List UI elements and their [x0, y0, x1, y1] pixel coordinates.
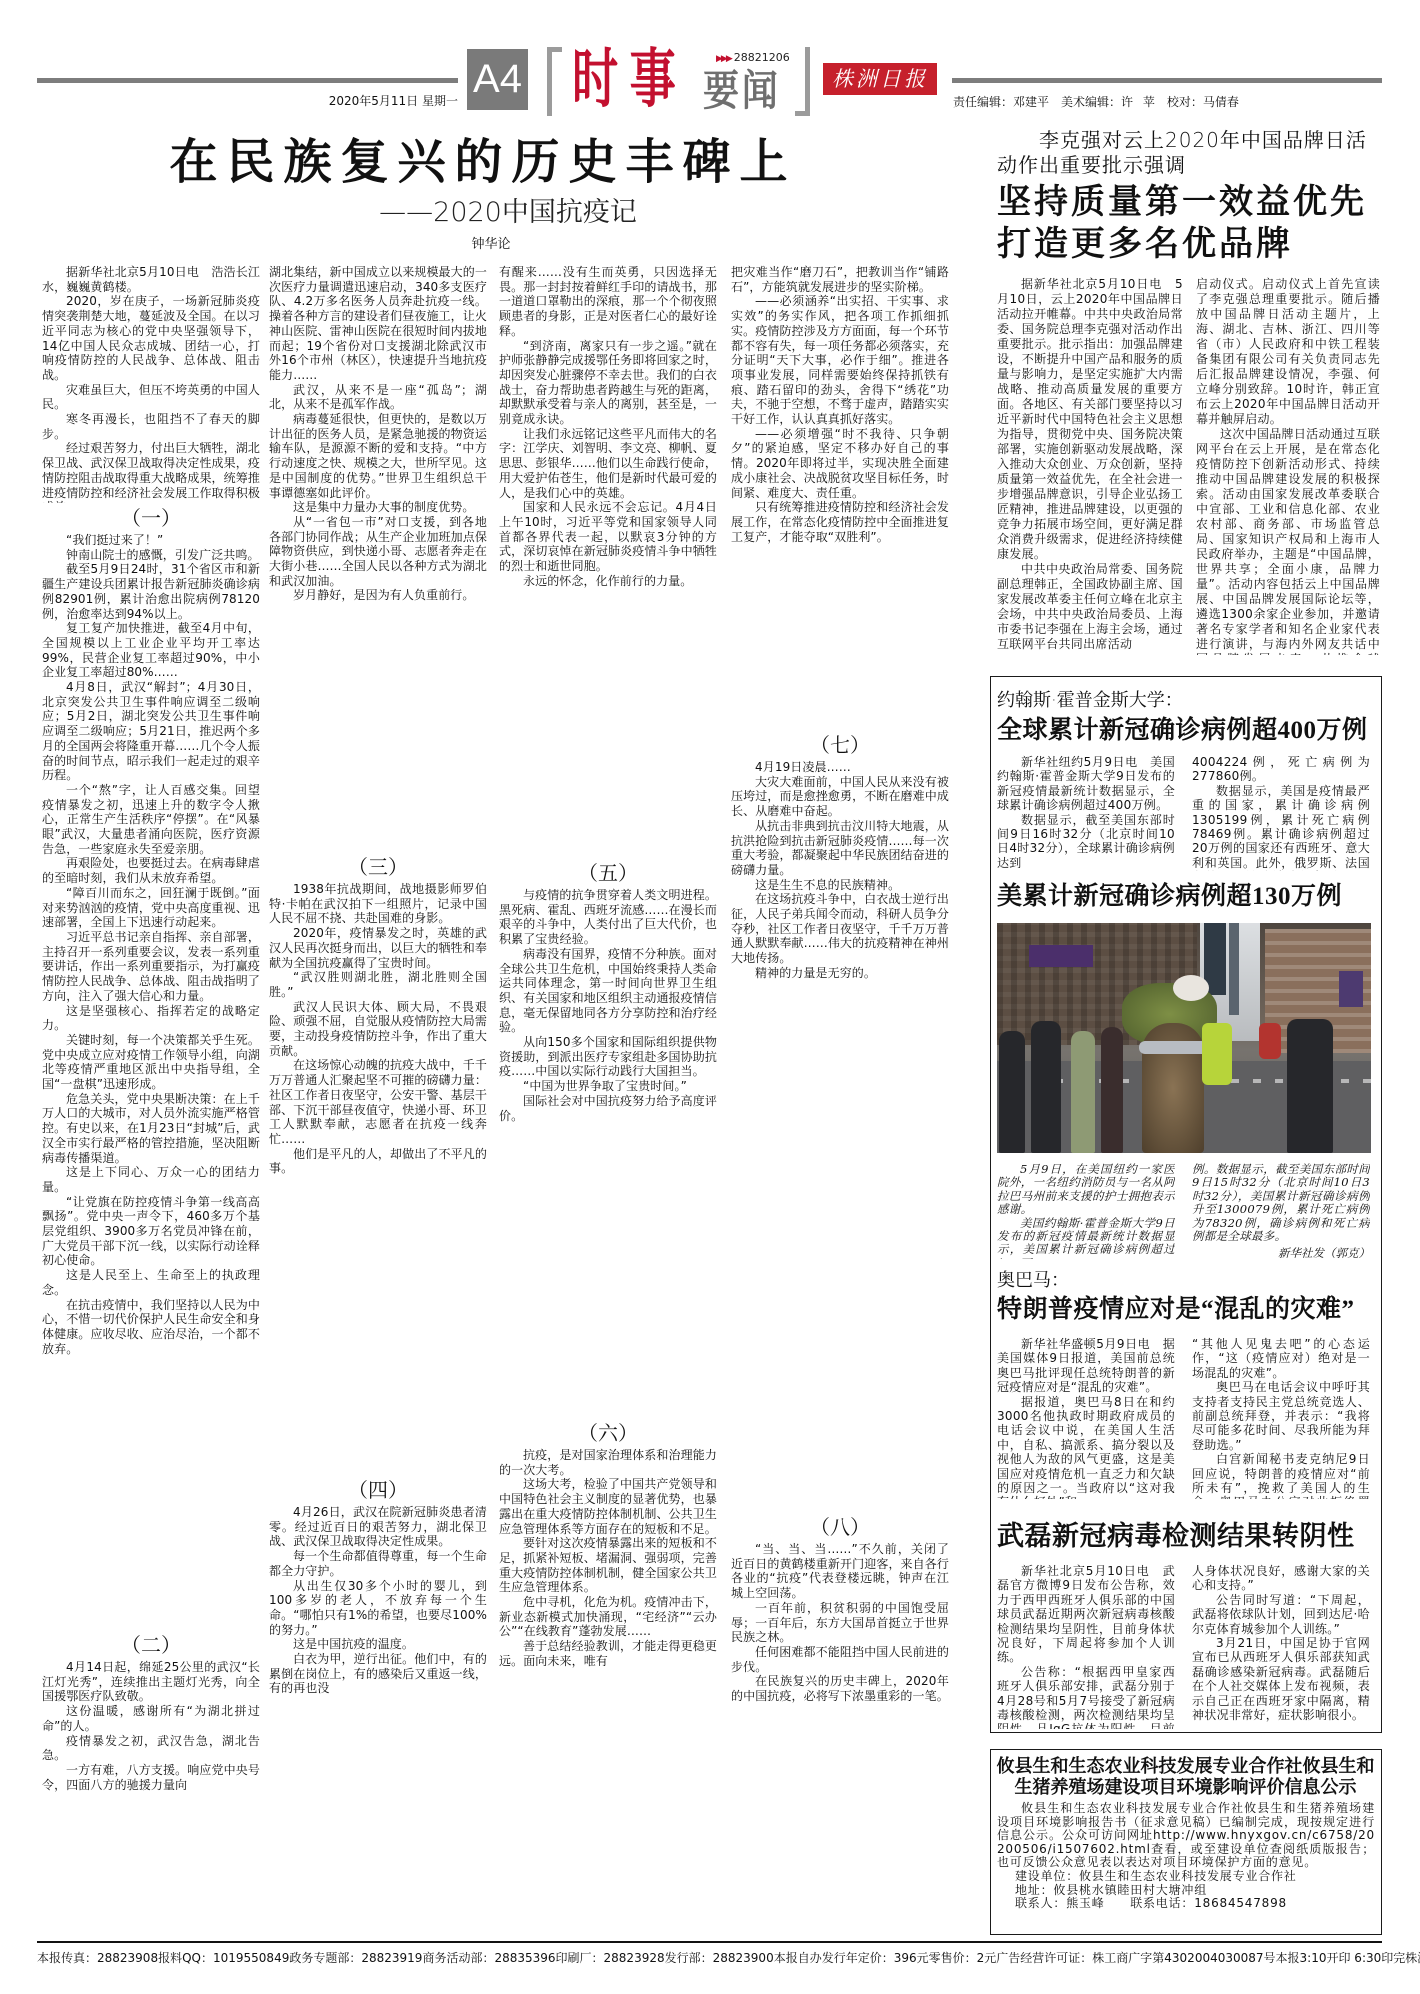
paragraph: 习近平总书记亲自指挥、亲自部署，主持召开一系列重要会议，发表一系列重要讲话，作出…	[42, 930, 260, 1004]
hotline-number: 28821206	[734, 51, 790, 64]
paragraph: 一个“熬”字，让人百感交集。回望疫情暴发之初，迅速上升的数字令人揪心，正常生产生…	[42, 783, 260, 857]
paragraph: 湖北集结，新中国成立以来规模最大的一次医疗力量调遣迅速启动，340多支医疗队、4…	[269, 265, 487, 383]
paragraph: 病毒蔓延很快，但更快的，是数以万计出征的医务人员，是紧急驰援的物资运输车队，是源…	[269, 412, 487, 500]
paragraph: 这是中国抗疫的温度。	[269, 1637, 487, 1652]
paragraph: 这是坚强核心、指挥若定的战略定力。	[42, 1004, 260, 1033]
wu-lei-headline: 武磊新冠病毒检测结果转阴性	[997, 1520, 1355, 1552]
notice-contact: 联系人：熊玉峰 联系电话：18684547898	[997, 1897, 1375, 1911]
column-text: 有醒来……没有生而英勇，只因选择无畏。那一封封按着鲜红手印的请战书，那一道道口罩…	[499, 265, 717, 858]
triple-arrow-icon: ▶▶▶	[716, 54, 731, 64]
footer-item: 株洲日报印刷厂印	[1405, 1950, 1420, 1966]
paragraph: 任何困难都不能阻挡中国人民前进的步伐。	[731, 1645, 949, 1674]
paragraph: 据报道，奥巴马8日在和约3000名他执政时期政府成员的电话会议中说，在美国人生活…	[997, 1395, 1175, 1499]
paragraph: 4004224例，死亡病例为277860例。	[1192, 755, 1370, 784]
footer-item: 本报传真：28823908	[37, 1950, 158, 1966]
bracket-right-decoration	[795, 47, 810, 116]
paragraph: 中共中央政治局常委、国务院副总理韩正，全国政协副主席、国家发展改革委主任何立峰在…	[997, 562, 1183, 652]
brand-article-column-a: 据新华社北京5月10日电 5月10日，云上2020年中国品牌日活动拉开帷幕。中共…	[997, 277, 1183, 655]
footer-item: 广告经营许可证：株工商广字第4302004030087号	[996, 1950, 1275, 1966]
section-marker: （三）	[269, 852, 487, 882]
paragraph: 公告同时写道：“下周起，武磊将依球队计划，回到达尼·哈尔克体育城参加个人训练。”	[1192, 1593, 1370, 1636]
column-text: 抗疫，是对国家治理体系和治理能力的一次大考。这场大考，检验了中国共产党领导和中国…	[499, 1448, 717, 1928]
paragraph: 这是生生不息的民族精神。	[731, 878, 949, 893]
photo-caption-column-b: 例。数据显示，截至美国东部时间9日15时32分（北京时间10日3时32分），美国…	[1192, 1163, 1370, 1245]
section-marker: （五）	[499, 858, 717, 888]
paragraph: 白衣为甲，逆行出征。他们中，有的累倒在岗位上，有的感染后又重返一线，有的再也没	[269, 1652, 487, 1696]
photo-person	[1101, 1027, 1123, 1153]
paragraph: 国际社会对中国抗疫努力给予高度评价。	[499, 1094, 717, 1123]
paragraph: 灾难虽巨大，但压不垮英勇的中国人民。	[42, 383, 260, 412]
paragraph: 这场大考，检验了中国共产党领导和中国特色社会主义制度的显著优势，也暴露出在重大疫…	[499, 1477, 717, 1536]
paragraph: 把灾难当作“磨刀石”，把教训当作“铺路石”，方能筑就发展进步的坚实阶梯。	[731, 265, 949, 294]
paragraph: “障百川而东之，回狂澜于既倒。”面对来势汹汹的疫情，党中央高度重视、迅速部署，全…	[42, 886, 260, 930]
paragraph: 4月19日凌晨……	[731, 760, 949, 775]
paragraph: 4月14日起，绵延25公里的武汉“长江灯光秀”，连续推出主题灯光秀，向全国援鄂医…	[42, 1660, 260, 1704]
paragraph: 据新华社北京5月10日电 浩浩长江水，巍巍黄鹤楼。	[42, 265, 260, 294]
footer-info: 本报传真：28823908报料QQ：1019550849政务专题部：288239…	[37, 1950, 1382, 1966]
footer-item: 本报自办发行	[774, 1950, 846, 1966]
column-text: 4月26日，武汉在院新冠肺炎患者清零。经过近百日的艰苦努力，湖北保卫战、武汉保卫…	[269, 1505, 487, 1928]
paragraph: 让我们永远铭记这些平凡而伟大的名字：江学庆、刘智明、李文亮、柳帆、夏思思、彭银华…	[499, 427, 717, 501]
paragraph: 白宫新闻秘书麦克纳尼9日回应说，特朗普的疫情应对“前所未有”，挽救了美国人的生命…	[1192, 1452, 1370, 1499]
obama-kicker: 奥巴马：	[997, 1271, 1069, 1291]
news-hotline: ▶▶▶28821206	[716, 51, 790, 66]
global-cases-headline: 全球累计新冠确诊病例超400万例	[997, 715, 1368, 747]
paragraph: 数据显示，截至美国东部时间9日16时32分（北京时间10日4时32分），全球累计…	[997, 813, 1175, 871]
paragraph: 美国约翰斯·霍普金斯大学9日发布的新冠疫情最新统计数据显示，美国累计新冠确诊病例…	[997, 1217, 1175, 1259]
paragraph: 从抗击非典到抗击汶川特大地震，从抗洪抢险到抗击新冠肺炎疫情……每一次重大考验，都…	[731, 819, 949, 878]
brand-article-kicker: 李克强对云上2020年中国品牌日活 动作出重要批示强调	[997, 128, 1387, 178]
paragraph: 永远的怀念，化作前行的力量。	[499, 574, 717, 589]
footer-item: 发行部：28823900	[665, 1950, 774, 1966]
paragraph: 危中寻机，化危为机。疫情冲击下，新业态新模式加快涌现，“宅经济”“云办公”“在线…	[499, 1595, 717, 1639]
global-cases-column-b: 4004224例，死亡病例为277860例。数据显示，美国是疫情最严重的国家，累…	[1192, 755, 1370, 871]
footer-item: 零售价：2元	[929, 1950, 997, 1966]
headline-line: 打造更多名优品牌	[997, 223, 1367, 265]
paragraph: “其他人见鬼去吧”的心态运作，“这（疫情应对）绝对是一场混乱的灾难”。	[1192, 1337, 1370, 1380]
news-photo-nurse-firefighter-hug	[997, 923, 1371, 1153]
main-subtitle: ——2020中国抗疫记	[40, 196, 976, 230]
paragraph: 国家和人民永远不会忘记。4月4日上午10时，习近平等党和国家领导人同首都各界代表…	[499, 500, 717, 574]
headline-line: 坚持质量第一效益优先	[997, 181, 1367, 223]
photo-cap	[1173, 975, 1209, 1001]
global-cases-column-a: 新华社纽约5月9日电 美国约翰斯·霍普金斯大学9日发布的新冠疫情最新统计数据显示…	[997, 755, 1175, 871]
byline: 钟华论	[40, 237, 942, 253]
paragraph: 与疫情的抗争贯穿着人类文明进程。黑死病、霍乱、西班牙流感……在漫长而艰辛的斗争中…	[499, 888, 717, 947]
paragraph: “到济南，离家只有一步之遥。”就在护师张静静完成援鄂任务即将回家之时，却因突发心…	[499, 339, 717, 427]
paragraph: 新华社北京5月10日电 武磊官方微博9日发布公告称，效力于西甲西班牙人俱乐部的中…	[997, 1564, 1175, 1665]
kicker-line: 李克强对云上2020年中国品牌日活	[997, 128, 1387, 153]
obama-column-b: “其他人见鬼去吧”的心态运作，“这（疫情应对）绝对是一场混乱的灾难”。奥巴马在电…	[1192, 1337, 1370, 1499]
notice-title: 攸县生和生态农业科技发展专业合作社攸县生和 生猪养殖场建设项目环境影响评价信息公…	[991, 1756, 1380, 1798]
obama-headline: 特朗普疫情应对是“混乱的灾难”	[997, 1294, 1355, 1326]
column-text: 据新华社北京5月10日电 浩浩长江水，巍巍黄鹤楼。2020，岁在庚子，一场新冠肺…	[42, 265, 260, 503]
photo-person	[1071, 1031, 1095, 1153]
paragraph: 经过艰苦努力，付出巨大牺牲，湖北保卫战、武汉保卫战取得决定性成果，疫情防控阻击战…	[42, 441, 260, 503]
brand-article-headline: 坚持质量第一效益优先 打造更多名优品牌	[997, 181, 1367, 265]
footer-item: 政务专题部：28823919	[289, 1950, 422, 1966]
paragraph: 钟南山院士的感慨，引发广泛共鸣。	[42, 548, 260, 563]
photo-firefighter-vest	[1202, 1023, 1232, 1085]
column-text: 4月14日起，绵延25公里的武汉“长江灯光秀”，连续推出主题灯光秀，向全国援鄂医…	[42, 1660, 260, 1928]
paragraph: 5月9日，在美国纽约一家医院外，一名纽约消防员与一名从阿拉巴马州前来支援的护士拥…	[997, 1163, 1175, 1217]
paragraph: 抗疫，是对国家治理体系和治理能力的一次大考。	[499, 1448, 717, 1477]
main-headline: 在民族复兴的历史丰碑上	[40, 134, 926, 190]
column-text: 湖北集结，新中国成立以来规模最大的一次医疗力量调遣迅速启动，340多支医疗队、4…	[269, 265, 487, 852]
paragraph: 一方有难，八方支援。响应党中央号令，四面八方的驰援力量向	[42, 1763, 260, 1792]
paragraph: 例。数据显示，截至美国东部时间9日15时32分（北京时间10日3时32分），美国…	[1192, 1163, 1370, 1243]
footer-item: 印刷厂：28823928	[556, 1950, 665, 1966]
paragraph: 武汉人民识大体、顾大局，不畏艰险、顽强不屈，自觉服从疫情防控大局需要，主动投身疫…	[269, 1000, 487, 1059]
section-marker: （二）	[42, 1630, 260, 1660]
footer-item: 本报3:10开印 6:30印完	[1276, 1950, 1406, 1966]
paragraph: 在抗击疫情中，我们坚持以人民为中心，不惜一切代价保护人民生命安全和身体健康。应收…	[42, 1298, 260, 1357]
brand-article-column-b: 启动仪式。启动仪式上首先宣读了李克强总理重要批示。随后播放中国品牌日活动主题片，…	[1196, 277, 1380, 655]
paragraph: 4月8日，武汉“解封”；4月30日，北京突发公共卫生事件响应调至二级响应；5月2…	[42, 680, 260, 783]
paragraph: “当、当、当……”不久前，关闭了近百日的黄鹤楼重新开门迎客，来自各行各业的“抗疫…	[731, 1542, 949, 1601]
global-cases-kicker: 约翰斯·霍普金斯大学：	[997, 691, 1183, 711]
issue-date: 2020年5月11日 星期一	[300, 92, 458, 109]
notice-builder: 建设单位：攸县生和生态农业科技发展专业合作社	[997, 1870, 1375, 1884]
paragraph: “中国为世界争取了宝贵时间。”	[499, 1079, 717, 1094]
paragraph: 2020，岁在庚子，一场新冠肺炎疫情突袭荆楚大地，蔓延波及全国。在以习近平同志为…	[42, 294, 260, 382]
column-text: “当、当、当……”不久前，关闭了近百日的黄鹤楼重新开门迎客，来自各行各业的“抗疫…	[731, 1542, 949, 1928]
us-cases-headline: 美累计新冠确诊病例超130万例	[997, 881, 1342, 913]
page-number-badge: A4	[467, 49, 528, 110]
footer-item: 报料QQ：1019550849	[158, 1950, 289, 1966]
paragraph: 寒冬再漫长，也阻挡不了春天的脚步。	[42, 412, 260, 441]
header-rule-left	[37, 78, 458, 83]
paragraph: 这是人民至上、生命至上的执政理念。	[42, 1268, 260, 1297]
paragraph: 再艰险处，也要挺过去。在病毒肆虐的至暗时刻，我们从未放弃希望。	[42, 856, 260, 885]
paragraph: 复工复产加快推进，截至4月中旬，全国规模以上工业企业平均开工率达99%，民营企业…	[42, 621, 260, 680]
column-text: 4月19日凌晨……大灾大难面前，中国人民从来没有被压垮过，而是愈挫愈勇，不断在磨…	[731, 760, 949, 1512]
article-column-4: 把灾难当作“磨刀石”，把教训当作“铺路石”，方能筑就发展进步的坚实阶梯。——必须…	[731, 265, 949, 1928]
newspaper-logo: 株洲日报	[823, 63, 937, 95]
section-marker: （四）	[269, 1475, 487, 1505]
paragraph: 2020年，疫情暴发之时，英雄的武汉人民再次挺身而出，以巨大的牺牲和奉献为全国抗…	[269, 926, 487, 970]
paragraph: 岁月静好，是因为有人负重前行。	[269, 588, 487, 603]
environmental-notice-ad: 攸县生和生态农业科技发展专业合作社攸县生和 生猪养殖场建设项目环境影响评价信息公…	[990, 1749, 1382, 1935]
paragraph: 武汉，从来不是一座“孤岛”；湖北，从来不是孤军作战。	[269, 383, 487, 412]
header-rule-right	[952, 78, 1382, 83]
section-title-gray: 要闻	[703, 68, 780, 114]
photo-hospital-sign	[1029, 945, 1093, 967]
paragraph: 这是集中力量办大事的制度优势。	[269, 500, 487, 515]
section-marker: （七）	[731, 730, 949, 760]
paragraph: 在这场惊心动魄的抗疫大战中，千千万万普通人汇聚起坚不可摧的磅礴力量：社区工作者日…	[269, 1058, 487, 1146]
footer-item: 年定价：396元	[846, 1950, 929, 1966]
paragraph: 4月26日，武汉在院新冠肺炎患者清零。经过近百日的艰苦努力，湖北保卫战、武汉保卫…	[269, 1505, 487, 1549]
paragraph: 从“一省包一市”对口支援，到各地各部门协同作战；从生产企业加班加点保障物资供应，…	[269, 515, 487, 589]
paragraph: 危急关头，党中央果断决策：在上千万人口的大城市，对人员外流实施严格管控。有史以来…	[42, 1092, 260, 1166]
paragraph: 精神的力量是无穷的。	[731, 966, 949, 981]
paragraph: 有醒来……没有生而英勇，只因选择无畏。那一封封按着鲜红手印的请战书，那一道道口罩…	[499, 265, 717, 339]
paragraph: 1938年抗战期间，战地摄影师罗伯特·卡帕在武汉拍下一组照片，记录中国人民不屈不…	[269, 882, 487, 926]
kicker-line: 动作出重要批示强调	[997, 153, 1387, 178]
paragraph: 一百年前，积贫积弱的中国饱受屈辱；一百年后，东方大国昂首挺立于世界民族之林。	[731, 1601, 949, 1645]
section-marker: （八）	[731, 1512, 949, 1542]
photo-cyclist	[1259, 1023, 1281, 1059]
bracket-left-decoration	[547, 47, 562, 116]
article-column-3: 有醒来……没有生而英勇，只因选择无畏。那一封封按着鲜红手印的请战书，那一道道口罩…	[499, 265, 717, 1928]
section-title-red: 时事	[572, 44, 687, 116]
photo-credit: 新华社发（郭克）	[1192, 1245, 1370, 1261]
notice-title-line: 生猪养殖场建设项目环境影响评价信息公示	[991, 1777, 1380, 1798]
paragraph: 公告称：“根据西甲皇家西班牙人俱乐部安排，武磊分别于4月28号和5月7号接受了新…	[997, 1665, 1175, 1729]
paragraph: 善于总结经验教训，才能走得更稳更远。面向未来，唯有	[499, 1639, 717, 1668]
photo-tower	[1229, 923, 1239, 1015]
paragraph: 奥巴马在电话会议中呼吁其支持者支持民主党总统竞选人、前副总统拜登，并表示：“我将…	[1192, 1380, 1370, 1452]
paragraph: 这是上下同心、万众一心的团结力量。	[42, 1165, 260, 1194]
column-text: 与疫情的抗争贯穿着人类文明进程。黑死病、霍乱、西班牙流感……在漫长而艰辛的斗争中…	[499, 888, 717, 1418]
paragraph: ——必须增强“时不我待、只争朝夕”的紧迫感，坚定不移办好自己的事情。2020年即…	[731, 427, 949, 501]
photo-person	[999, 1031, 1025, 1153]
paragraph: 新华社纽约5月9日电 美国约翰斯·霍普金斯大学9日发布的新冠疫情最新统计数据显示…	[997, 755, 1175, 813]
paragraph: 启动仪式。启动仪式上首先宣读了李克强总理重要批示。随后播放中国品牌日活动主题片，…	[1196, 277, 1380, 427]
photo-caption-column-a: 5月9日，在美国纽约一家医院外，一名纽约消防员与一名从阿拉巴马州前来支援的护士拥…	[997, 1163, 1175, 1259]
article-column-2: 湖北集结，新中国成立以来规模最大的一次医疗力量调遣迅速启动，340多支医疗队、4…	[269, 265, 487, 1928]
paragraph: 每一个生命都值得尊重，每一个生命都全力守护。	[269, 1549, 487, 1578]
editor-credits: 责任编辑：邓建平 美术编辑：许 苹 校对：马倩春	[953, 93, 1239, 110]
paragraph: 从向150多个国家和国际组织提供物资援助，到派出医疗专家组赴多国协助抗疫……中国…	[499, 1035, 717, 1079]
paragraph: 人身体状况良好，感谢大家的关心和支持。”	[1192, 1564, 1370, 1593]
column-text: “我们挺过来了！”钟南山院士的感慨，引发广泛共鸣。截至5月9日24时，31个省区…	[42, 533, 260, 1630]
column-text: 把灾难当作“磨刀石”，把教训当作“铺路石”，方能筑就发展进步的坚实阶梯。——必须…	[731, 265, 949, 730]
paragraph: 新华社华盛顿5月9日电 据美国媒体9日报道，美国前总统奥巴马批评现任总统特朗普的…	[997, 1337, 1175, 1395]
obama-column-a: 新华社华盛顿5月9日电 据美国媒体9日报道，美国前总统奥巴马批评现任总统特朗普的…	[997, 1337, 1175, 1499]
paragraph: “让党旗在防控疫情斗争第一线高高飘扬”。党中央一声令下，460多万个基层党组织、…	[42, 1195, 260, 1269]
column-text: 1938年抗战期间，战地摄影师罗伯特·卡帕在武汉拍下一组照片，记录中国人民不屈不…	[269, 882, 487, 1475]
paragraph: 截至5月9日24时，31个省区市和新疆生产建设兵团累计报告新冠肺炎确诊病例829…	[42, 562, 260, 621]
photo-sign-right	[1339, 971, 1363, 1007]
paragraph: 数据显示，美国是疫情最严重的国家，累计确诊病例1305199例，累计死亡病例78…	[1192, 784, 1370, 871]
article-column-1: 据新华社北京5月10日电 浩浩长江水，巍巍黄鹤楼。2020，岁在庚子，一场新冠肺…	[42, 265, 260, 1928]
photo-photographer	[1287, 1019, 1333, 1153]
paragraph: 从出生仅30多个小时的婴儿，到100多岁的老人，不放弃每一个生命。“哪怕只有1%…	[269, 1579, 487, 1638]
paragraph: 要针对这次疫情暴露出来的短板和不足，抓紧补短板、堵漏洞、强弱项，完善重大疫情防控…	[499, 1536, 717, 1595]
paragraph: 疫情暴发之初，武汉告急，湖北告急。	[42, 1734, 260, 1763]
paragraph: 他们是平凡的人，却做出了不平凡的事。	[269, 1147, 487, 1176]
paragraph: 据新华社北京5月10日电 5月10日，云上2020年中国品牌日活动拉开帷幕。中共…	[997, 277, 1183, 562]
paragraph: 这次中国品牌日活动通过互联网平台在云上开展，是在常态化疫情防控下创新活动形式、持…	[1196, 427, 1380, 655]
photo-person	[1031, 1021, 1061, 1153]
paragraph: 这份温暖，感谢所有“为湖北拼过命”的人。	[42, 1704, 260, 1733]
section-marker: （一）	[42, 503, 260, 533]
paragraph: ——必须涵养“出实招、干实事、求实效”的务实作风，把各项工作抓细抓实。疫情防控涉…	[731, 294, 949, 426]
paragraph: 大灾大难面前，中国人民从来没有被压垮过，而是愈挫愈勇，不断在磨难中成长、从磨难中…	[731, 775, 949, 819]
paragraph: “武汉胜则湖北胜，湖北胜则全国胜。”	[269, 970, 487, 999]
paragraph: “我们挺过来了！”	[42, 533, 260, 548]
wu-lei-column-b: 人身体状况良好，感谢大家的关心和支持。”公告同时写道：“下周起，武磊将依球队计划…	[1192, 1564, 1370, 1729]
world-news-box: 约翰斯·霍普金斯大学： 全球累计新冠确诊病例超400万例 新华社纽约5月9日电 …	[990, 676, 1382, 1733]
notice-body: 攸县生和生态农业科技发展专业合作社攸县生和生猪养殖场建设项目环境影响报告书（征求…	[997, 1802, 1375, 1911]
notice-title-line: 攸县生和生态农业科技发展专业合作社攸县生和	[991, 1756, 1380, 1777]
section-marker: （六）	[499, 1418, 717, 1448]
footer-item: 商务活动部：28835396	[422, 1950, 555, 1966]
paragraph: 3月21日，中国足协于官网宣布已从西班牙人俱乐部获知武磊确诊感染新冠病毒。武磊随…	[1192, 1636, 1370, 1722]
paragraph: 关键时刻，每一个决策都关乎生死。党中央成立应对疫情工作领导小组，向湖北等疫情严重…	[42, 1033, 260, 1092]
paragraph: 在民族复兴的历史丰碑上，2020年的中国抗疫，必将写下浓墨重彩的一笔。	[731, 1674, 949, 1703]
paragraph: 病毒没有国界，疫情不分种族。面对全球公共卫生危机，中国始终秉持人类命运共同体理念…	[499, 947, 717, 1035]
footer-rule	[37, 1941, 1382, 1943]
wu-lei-column-a: 新华社北京5月10日电 武磊官方微博9日发布公告称，效力于西甲西班牙人俱乐部的中…	[997, 1564, 1175, 1729]
notice-text: 攸县生和生态农业科技发展专业合作社攸县生和生猪养殖场建设项目环境影响报告书（征求…	[997, 1802, 1375, 1870]
paragraph: 在这场抗疫斗争中，白衣战士逆行出征，人民子弟兵闻令而动，科研人员争分夺秒，社区工…	[731, 892, 949, 966]
paragraph: 只有统筹推进疫情防控和经济社会发展工作，在常态化疫情防控中全面推进复工复产，才能…	[731, 500, 949, 544]
